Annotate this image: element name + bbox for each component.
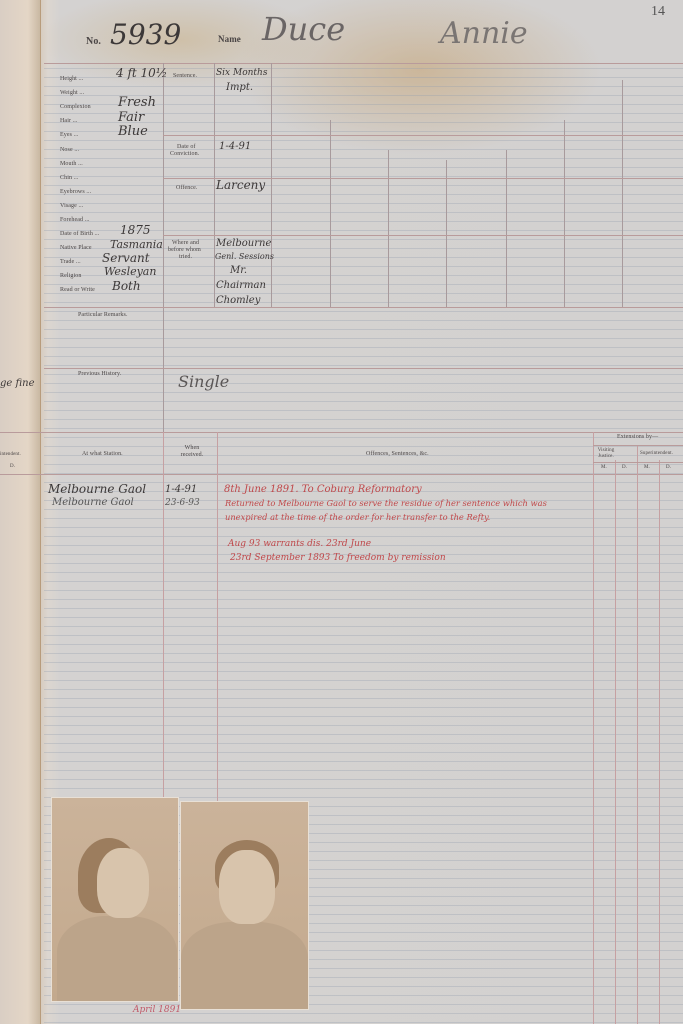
- left-page-handwriting: ge fine: [0, 378, 35, 389]
- sub-column-m: M.: [601, 465, 607, 470]
- tried-label: tried.: [179, 254, 192, 260]
- field-label: Read or Write: [60, 287, 95, 293]
- field-label: Nose ...: [60, 147, 79, 153]
- field-label: Native Place: [60, 245, 92, 251]
- surname: Duce: [262, 10, 345, 48]
- prisoner-number: 5939: [110, 18, 181, 51]
- field-label: Complexion: [60, 104, 91, 110]
- field-label: Religion: [60, 273, 81, 279]
- sentence-label: Sentence.: [173, 73, 197, 79]
- field-value: Fair: [118, 110, 144, 125]
- note-line: 8th June 1891. To Coburg Reformatory: [224, 484, 422, 495]
- particular-remarks-label: Particular Remarks.: [78, 312, 128, 318]
- sub-column-m: M.: [644, 465, 650, 470]
- note-line: unexpired at the time of the order for h…: [225, 512, 490, 522]
- previous-history-value: Single: [178, 372, 229, 391]
- date-label: Date of: [177, 144, 196, 150]
- column-header-offences: Offences, Sentences, &c.: [366, 451, 429, 457]
- tried-value: Chairman: [216, 280, 266, 291]
- tried-value: Melbourne: [216, 238, 271, 249]
- field-value: Tasmania: [110, 238, 163, 251]
- column-header-received: When received.: [178, 445, 206, 459]
- field-label: Mouth ...: [60, 161, 83, 167]
- tried-value: Mr.: [230, 265, 247, 276]
- received-cell: 1-4-91: [165, 484, 197, 495]
- field-value: Blue: [118, 124, 148, 139]
- rule: [564, 120, 565, 308]
- field-label: Weight ...: [60, 90, 84, 96]
- field-value: 4 ft 10½: [116, 66, 167, 80]
- field-label: Eyes ...: [60, 132, 78, 138]
- page-number: 14: [651, 4, 665, 20]
- rule: [0, 474, 683, 475]
- rule: [163, 63, 164, 433]
- visiting-justice-header: Visiting Justice.: [597, 448, 615, 460]
- station-cell: Melbourne Gaol: [48, 482, 146, 496]
- rule: [388, 150, 389, 308]
- name-label: Name: [218, 34, 241, 44]
- rule: [446, 160, 447, 308]
- rule: [44, 368, 683, 369]
- offence-label: Offence.: [176, 185, 198, 191]
- offence-value: Larceny: [216, 178, 265, 192]
- rule: [163, 135, 683, 136]
- rule: [214, 63, 215, 308]
- field-label: Chin ...: [60, 175, 78, 181]
- tried-label: Where and: [172, 240, 199, 246]
- field-label: Height ...: [60, 76, 83, 82]
- photo-caption: April 1891: [133, 1005, 181, 1015]
- field-value: Wesleyan: [104, 265, 156, 278]
- photo-figure: [181, 922, 308, 1010]
- superintendent-header: Superintendent.: [640, 451, 673, 456]
- field-value: Fresh: [118, 95, 156, 110]
- rule: [44, 307, 683, 308]
- rule: [506, 150, 507, 308]
- date-label: Conviction.: [170, 151, 199, 157]
- left-page-col: D.: [10, 464, 15, 469]
- number-label: No.: [86, 36, 101, 47]
- rule: [271, 63, 272, 308]
- photo-figure: [57, 916, 177, 1002]
- left-page-edge: [0, 0, 41, 1024]
- photo-figure: [97, 848, 149, 918]
- field-label: Trade ...: [60, 259, 81, 265]
- field-value: 1875: [120, 223, 151, 237]
- sentence-value: Impt.: [226, 82, 253, 93]
- front-photograph: [180, 801, 309, 1010]
- field-value: Servant: [102, 251, 150, 265]
- rule: [593, 445, 683, 446]
- station-cell: Melbourne Gaol: [52, 497, 134, 508]
- register-page: 14 No. 5939 Name Duce Annie Height ... 4…: [0, 0, 683, 1024]
- field-label: Date of Birth ...: [60, 231, 99, 237]
- given-name: Annie: [440, 16, 528, 51]
- note-line: Aug 93 warrants dis. 23rd June: [228, 539, 371, 549]
- tried-value: Chomley: [216, 295, 260, 306]
- sub-column-d: D.: [666, 465, 671, 470]
- rule: [163, 235, 683, 236]
- rule: [593, 432, 594, 1024]
- tried-label: before whom: [168, 247, 201, 253]
- received-cell: 23-6-93: [165, 498, 200, 508]
- sub-column-d: D.: [622, 465, 627, 470]
- rule: [44, 63, 683, 64]
- rule: [330, 120, 331, 308]
- rule: [615, 460, 616, 1024]
- left-page-header: intendent.: [0, 452, 21, 457]
- rule: [659, 460, 660, 1024]
- field-label: Visage ...: [60, 203, 83, 209]
- extensions-header: Extensions by—: [617, 434, 658, 440]
- column-header-station: At what Station.: [82, 451, 123, 457]
- rule: [637, 445, 638, 1024]
- date-value: 1-4-91: [219, 141, 251, 152]
- field-label: Eyebrows ...: [60, 189, 91, 195]
- rule: [593, 462, 683, 463]
- note-line: 23rd September 1893 To freedom by remiss…: [230, 553, 446, 563]
- rule: [622, 80, 623, 308]
- field-label: Forehead ...: [60, 217, 90, 223]
- note-line: Returned to Melbourne Gaol to serve the …: [225, 498, 547, 508]
- field-value: Both: [112, 279, 141, 293]
- rule: [0, 432, 683, 433]
- photo-figure: [219, 850, 275, 924]
- sentence-value: Six Months: [216, 68, 267, 78]
- previous-history-label: Previous History.: [78, 371, 121, 377]
- field-label: Hair ...: [60, 118, 77, 124]
- profile-photograph: [51, 797, 179, 1002]
- tried-value: Genl. Sessions: [215, 252, 274, 261]
